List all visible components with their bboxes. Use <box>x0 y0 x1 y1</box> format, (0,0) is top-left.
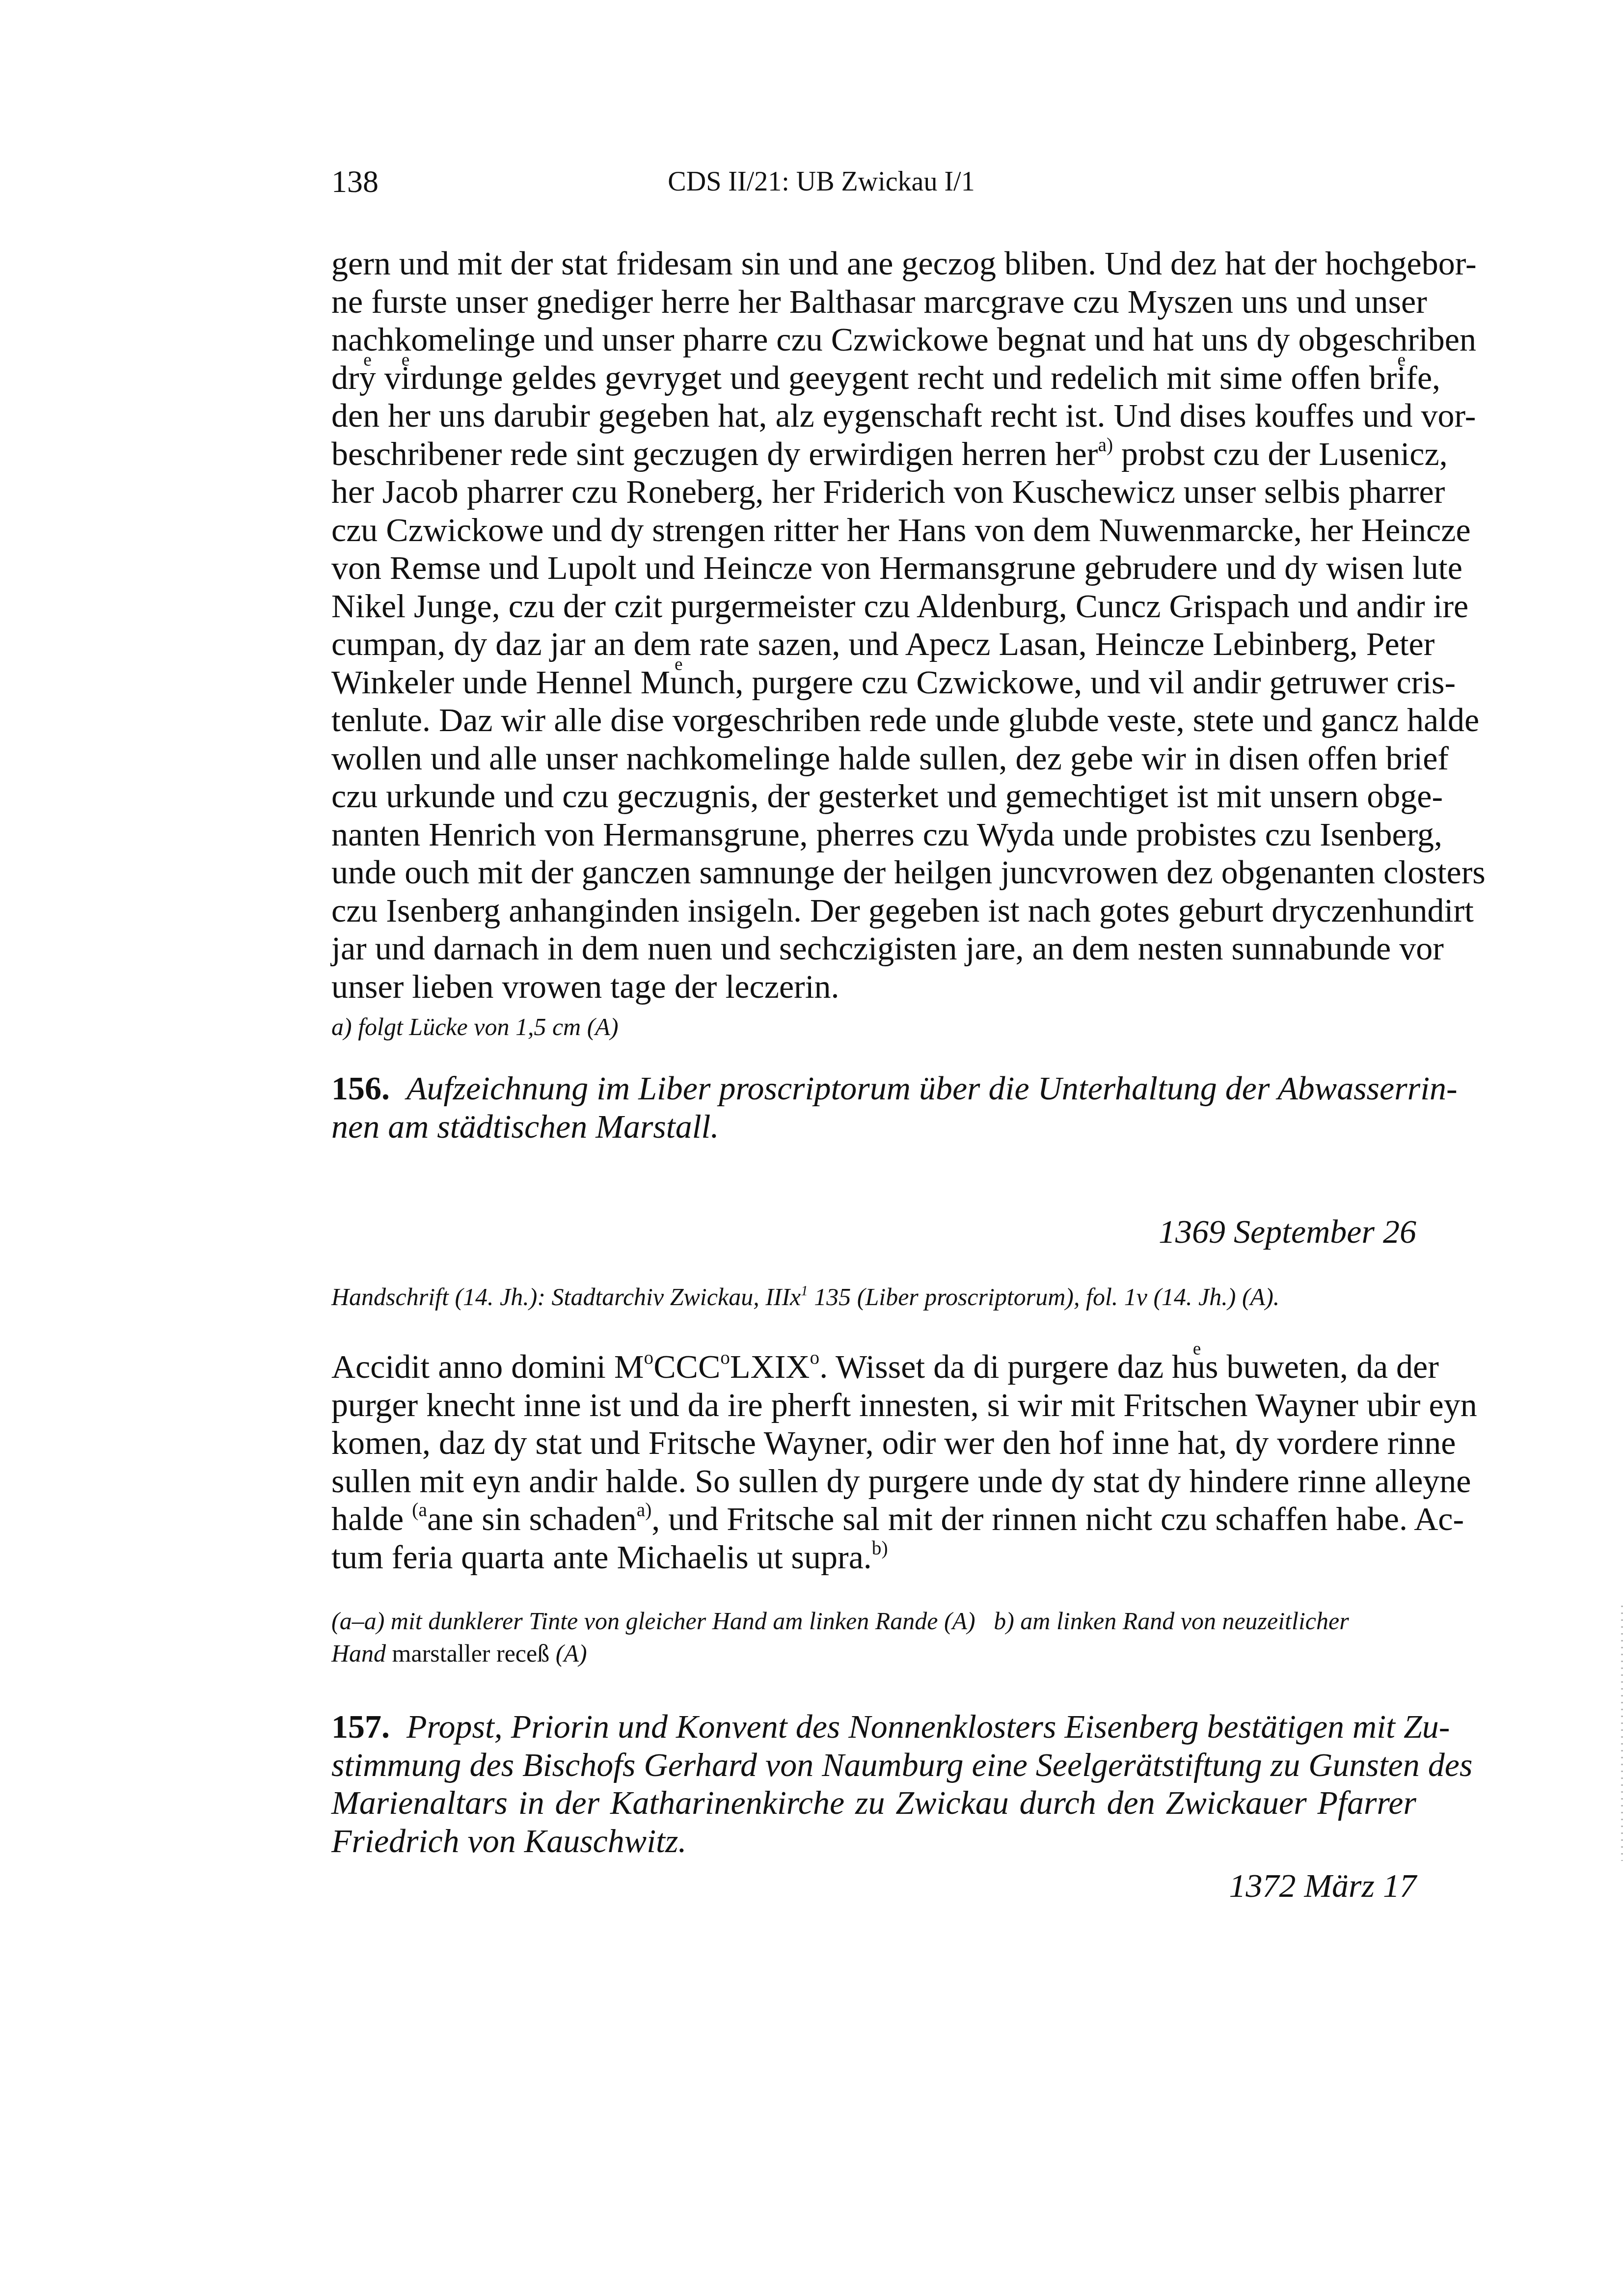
text-line: Nikel Junge, czu der czit purgermeister … <box>331 587 1416 626</box>
text-line: Winkeler unde Hennel Muench, purgere czu… <box>331 663 1416 702</box>
letter-with-superscript-e: ie <box>1397 359 1406 397</box>
letter-with-superscript-e: ye <box>359 359 376 397</box>
entry-155-footnote-a: a) folgt Lücke von 1,5 cm (A) <box>331 1011 1416 1043</box>
entry-156-body: Accidit anno domini MoCCCoLXIXo. Wisset … <box>331 1348 1416 1576</box>
text-line: czu urkunde und czu geczugnis, der geste… <box>331 777 1416 816</box>
running-title: CDS II/21: UB Zwickau I/1 <box>0 162 1623 201</box>
text-line: den her uns darubir gegeben hat, alz eyg… <box>331 397 1416 435</box>
entry-155-body: gern und mit der stat fridesam sin und a… <box>331 245 1416 1006</box>
entry-157-heading: 157.Propst, Priorin und Konvent des Nonn… <box>331 1708 1416 1860</box>
footnote-marker: a) <box>1098 434 1113 456</box>
entry-157-title-line: stimmung des Bischofs Gerhard von Naumbu… <box>331 1746 1416 1784</box>
footnote-marker: (a <box>412 1499 427 1521</box>
entry-156-date: 1369 September 26 <box>331 1212 1416 1251</box>
entry-number: 156. <box>331 1069 390 1107</box>
text-line: wollen und alle unser nachkomelinge hald… <box>331 739 1416 778</box>
footnote-line: (a–a) mit dunklerer Tinte von gleicher H… <box>331 1605 1416 1637</box>
entry-number: 157. <box>331 1708 390 1745</box>
footnote-marker: b) <box>872 1537 888 1559</box>
entry-157-date: 1372 März 17 <box>331 1866 1416 1905</box>
text-line: unde ouch mit der ganczen samnunge der h… <box>331 853 1416 892</box>
entry-title-text: Propst, Priorin und Konvent des Nonnenkl… <box>406 1708 1450 1745</box>
text-line: gern und mit der stat fridesam sin und a… <box>331 245 1416 283</box>
scan-edge-artifact <box>1621 1606 1623 1861</box>
source-text: 135 (Liber proscriptorum), fol. 1v (14. … <box>808 1283 1280 1311</box>
footnote-marker: o <box>810 1347 819 1368</box>
footnote-italic: (A) <box>549 1640 587 1667</box>
entry-156-source: Handschrift (14. Jh.): Stadtarchiv Zwick… <box>331 1281 1416 1313</box>
text-line: unser lieben vrowen tage der leczerin. <box>331 968 1416 1006</box>
source-superscript: 1 <box>801 1283 808 1299</box>
text-line: purger knecht inne ist und da ire pherft… <box>331 1386 1416 1424</box>
text-line: drye vierdunge geldes gevryget und geeyg… <box>331 359 1416 397</box>
footnote-marker: o <box>720 1347 730 1368</box>
text-line: czu Isenberg anhanginden insigeln. Der g… <box>331 892 1416 930</box>
entry-157-title-line: Friedrich von Kauschwitz. <box>331 1822 1416 1860</box>
letter-with-superscript-e: ue <box>1189 1348 1205 1386</box>
footnote-marker: o <box>644 1347 653 1368</box>
text-line: czu Czwickowe und dy strengen ritter her… <box>331 511 1416 549</box>
footnote-italic: Hand <box>331 1640 386 1667</box>
entry-156-footnotes: (a–a) mit dunklerer Tinte von gleicher H… <box>331 1605 1416 1669</box>
text-line: nanten Henrich von Hermansgrune, pherres… <box>331 816 1416 854</box>
text-line: jar und darnach in dem nuen und sechczig… <box>331 929 1416 968</box>
text-line: von Remse und Lupolt und Heincze von Her… <box>331 549 1416 587</box>
text-line: halde (aane sin schadena), und Fritsche … <box>331 1500 1416 1538</box>
footnote-line: Hand marstaller receß (A) <box>331 1637 1416 1669</box>
entry-157-title-line: 157.Propst, Priorin und Konvent des Nonn… <box>331 1708 1416 1746</box>
text-line: komen, daz dy stat und Fritsche Wayner, … <box>331 1424 1416 1462</box>
text-line: beschribener rede sint geczugen dy erwir… <box>331 435 1416 473</box>
text-line: cumpan, dy daz jar an dem rate sazen, un… <box>331 625 1416 663</box>
entry-157-title-line: Marienaltars in der Katharinenkirche zu … <box>331 1784 1416 1822</box>
text-line: ne furste unser gnediger herre her Balth… <box>331 283 1416 321</box>
entry-156-title-line: nen am städtischen Marstall. <box>331 1108 1416 1146</box>
entry-156-title-line: 156.Aufzeichnung im Liber proscriptorum … <box>331 1069 1416 1108</box>
text-line: her Jacob pharrer czu Roneberg, her Frid… <box>331 473 1416 511</box>
letter-with-superscript-e: ue <box>670 663 687 702</box>
footnote-quoted-text: marstaller receß <box>386 1640 549 1667</box>
text-line: nachkomelinge und unser pharre czu Czwic… <box>331 321 1416 359</box>
footnote-marker: a) <box>637 1499 652 1521</box>
entry-156-heading: 156.Aufzeichnung im Liber proscriptorum … <box>331 1069 1416 1146</box>
source-text: Handschrift (14. Jh.): Stadtarchiv Zwick… <box>331 1283 801 1311</box>
text-line: Accidit anno domini MoCCCoLXIXo. Wisset … <box>331 1348 1416 1386</box>
letter-with-superscript-e: ie <box>401 359 410 397</box>
text-line: tum feria quarta ante Michaelis ut supra… <box>331 1538 1416 1577</box>
text-line: sullen mit eyn andir halde. So sullen dy… <box>331 1462 1416 1501</box>
text-line: tenlute. Daz wir alle dise vorgeschriben… <box>331 701 1416 739</box>
entry-title-text: Aufzeichnung im Liber proscriptorum über… <box>406 1069 1458 1107</box>
